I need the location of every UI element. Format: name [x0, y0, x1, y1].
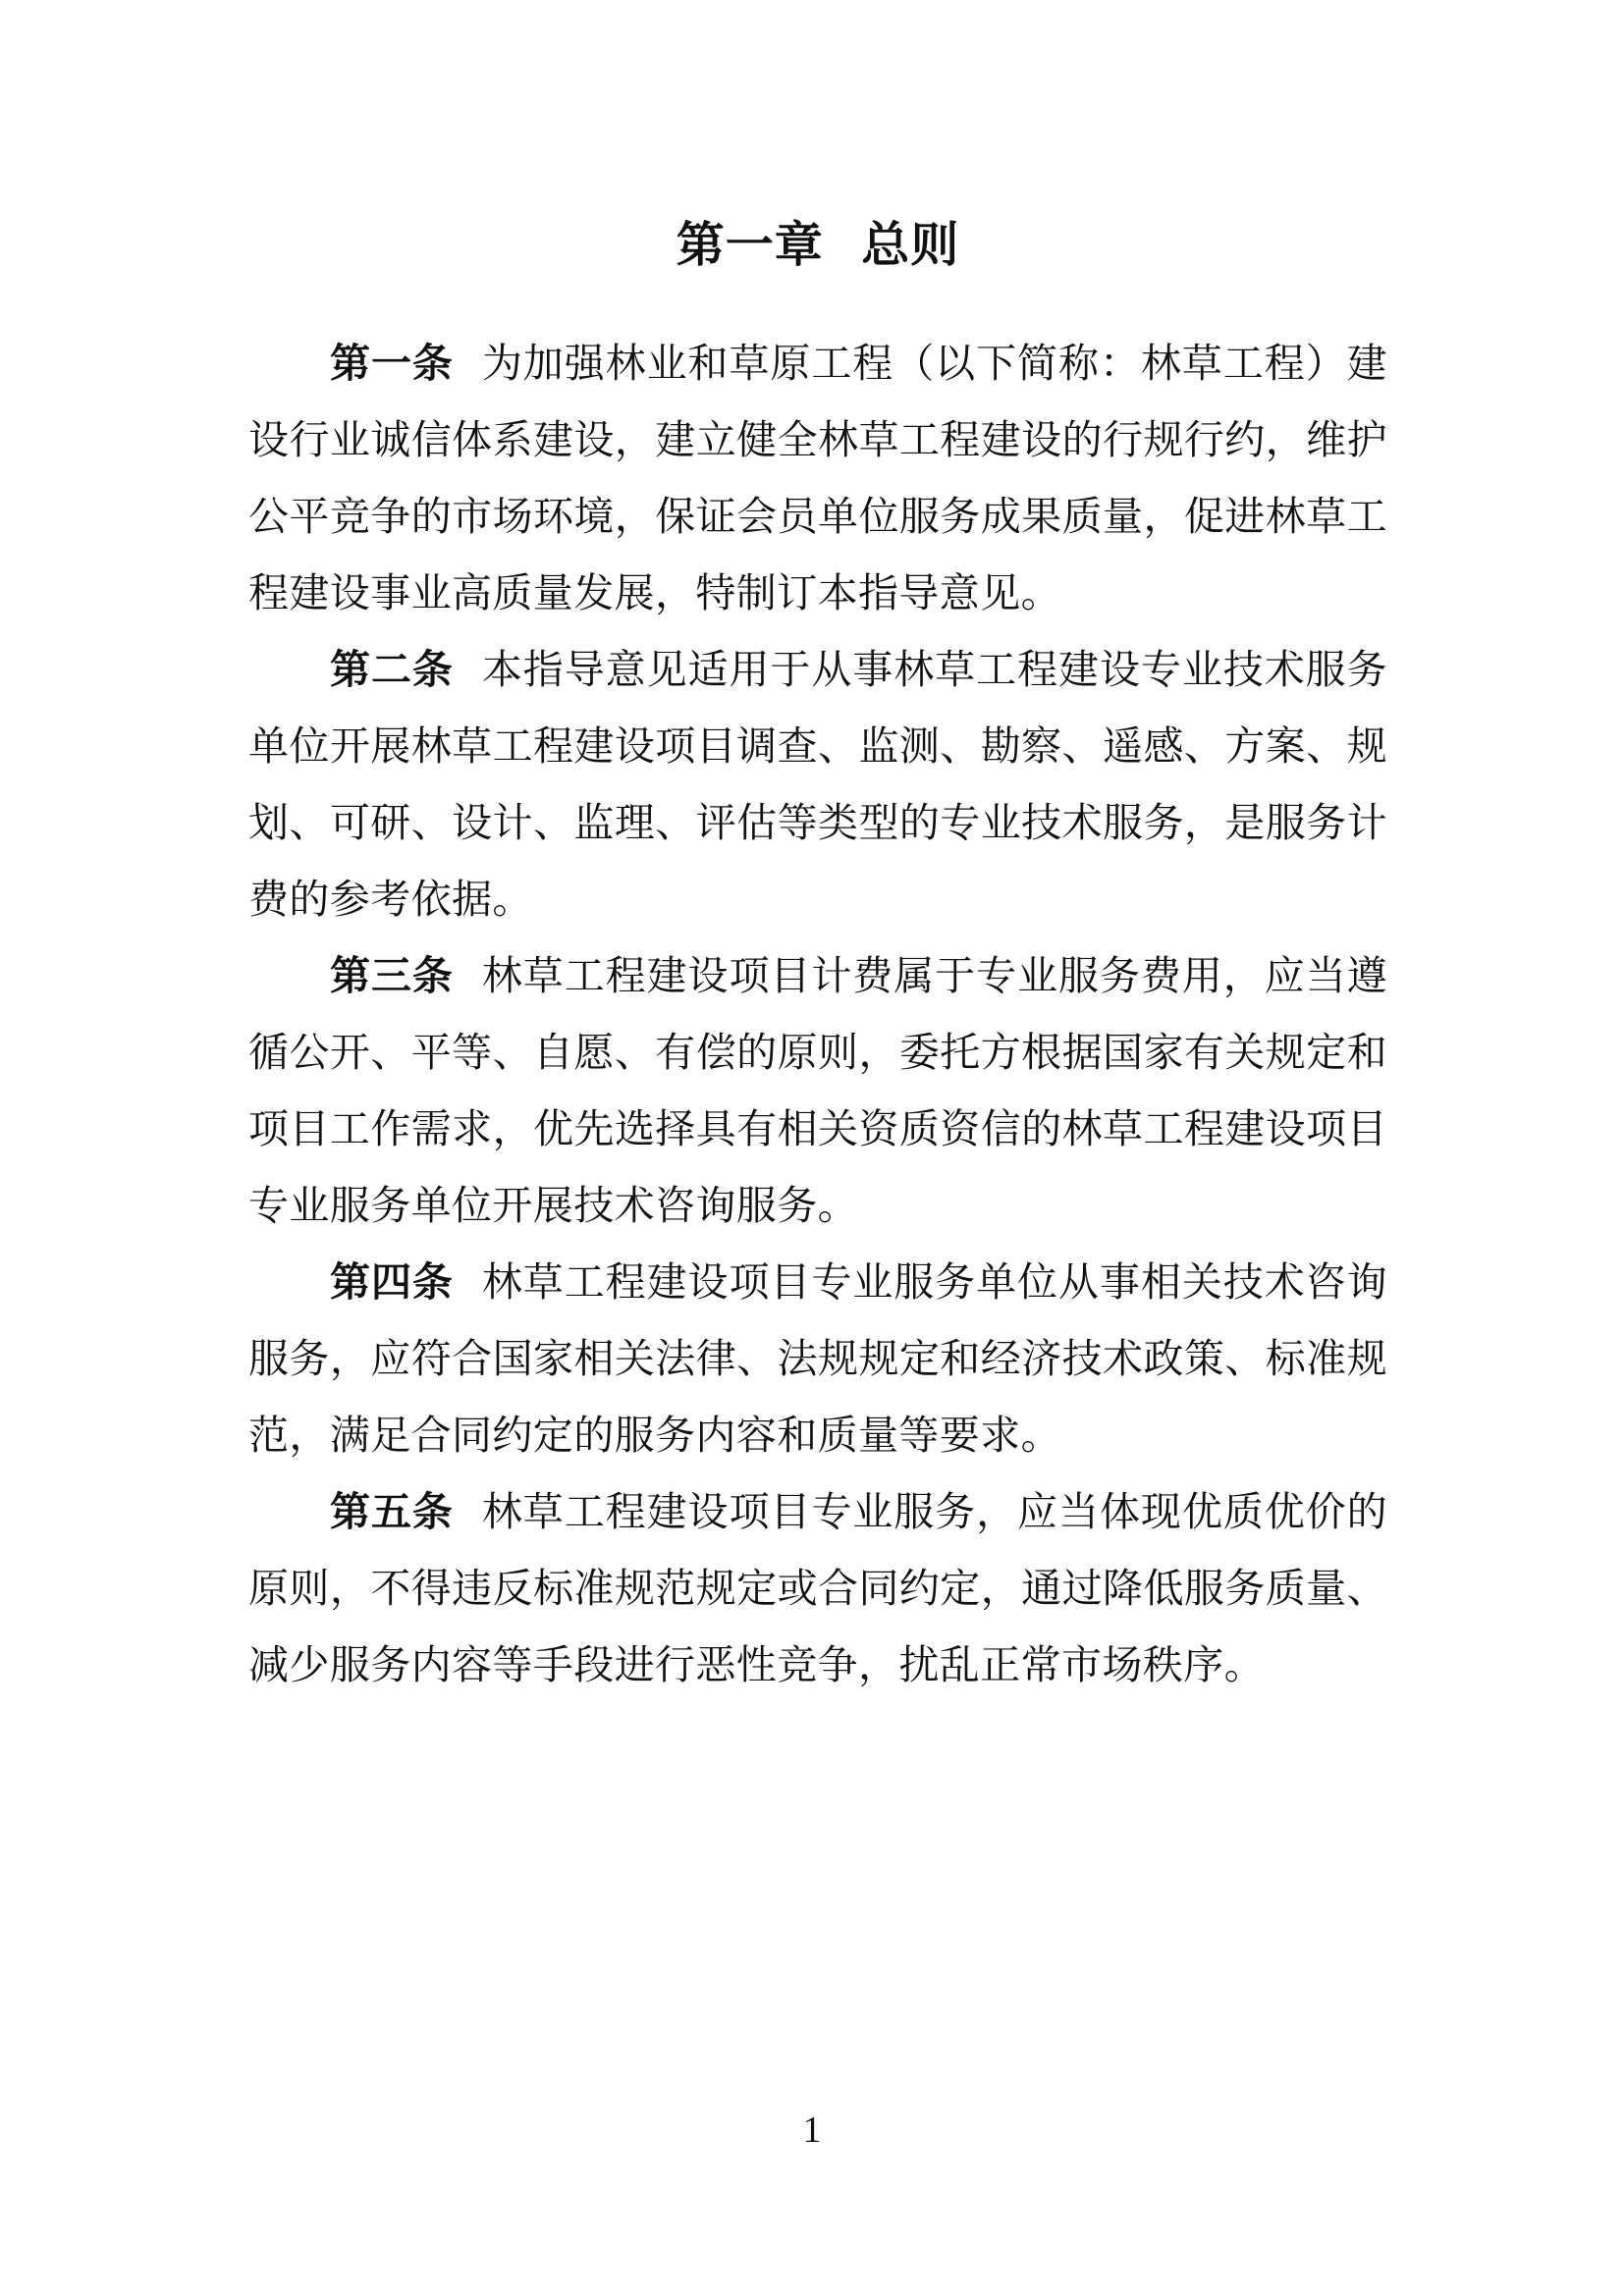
article-3: 第三条林草工程建设项目计费属于专业服务费用，应当遵循公开、平等、自愿、有偿的原则… [248, 937, 1387, 1244]
article-3-number: 第三条 [330, 953, 454, 998]
article-2-number: 第二条 [330, 647, 454, 692]
article-1-number: 第一条 [330, 341, 454, 386]
article-1: 第一条为加强林业和草原工程（以下简称：林草工程）建设行业诚信体系建设，建立健全林… [248, 325, 1387, 631]
document-page: 第一章 总则 第一条为加强林业和草原工程（以下简称：林草工程）建设行业诚信体系建… [0, 0, 1624, 2296]
article-4: 第四条林草工程建设项目专业服务单位从事相关技术咨询服务，应符合国家相关法律、法规… [248, 1244, 1387, 1473]
article-5-number: 第五条 [330, 1489, 454, 1534]
article-5: 第五条林草工程建设项目专业服务，应当体现优质优价的原则，不得违反标准规范规定或合… [248, 1473, 1387, 1703]
chapter-title: 第一章 总则 [248, 204, 1387, 287]
document-body: 第一条为加强林业和草原工程（以下简称：林草工程）建设行业诚信体系建设，建立健全林… [248, 325, 1387, 1703]
page-number: 1 [0, 2101, 1624, 2160]
article-2: 第二条本指导意见适用于从事林草工程建设专业技术服务单位开展林草工程建设项目调查、… [248, 631, 1387, 937]
article-4-number: 第四条 [330, 1259, 454, 1305]
